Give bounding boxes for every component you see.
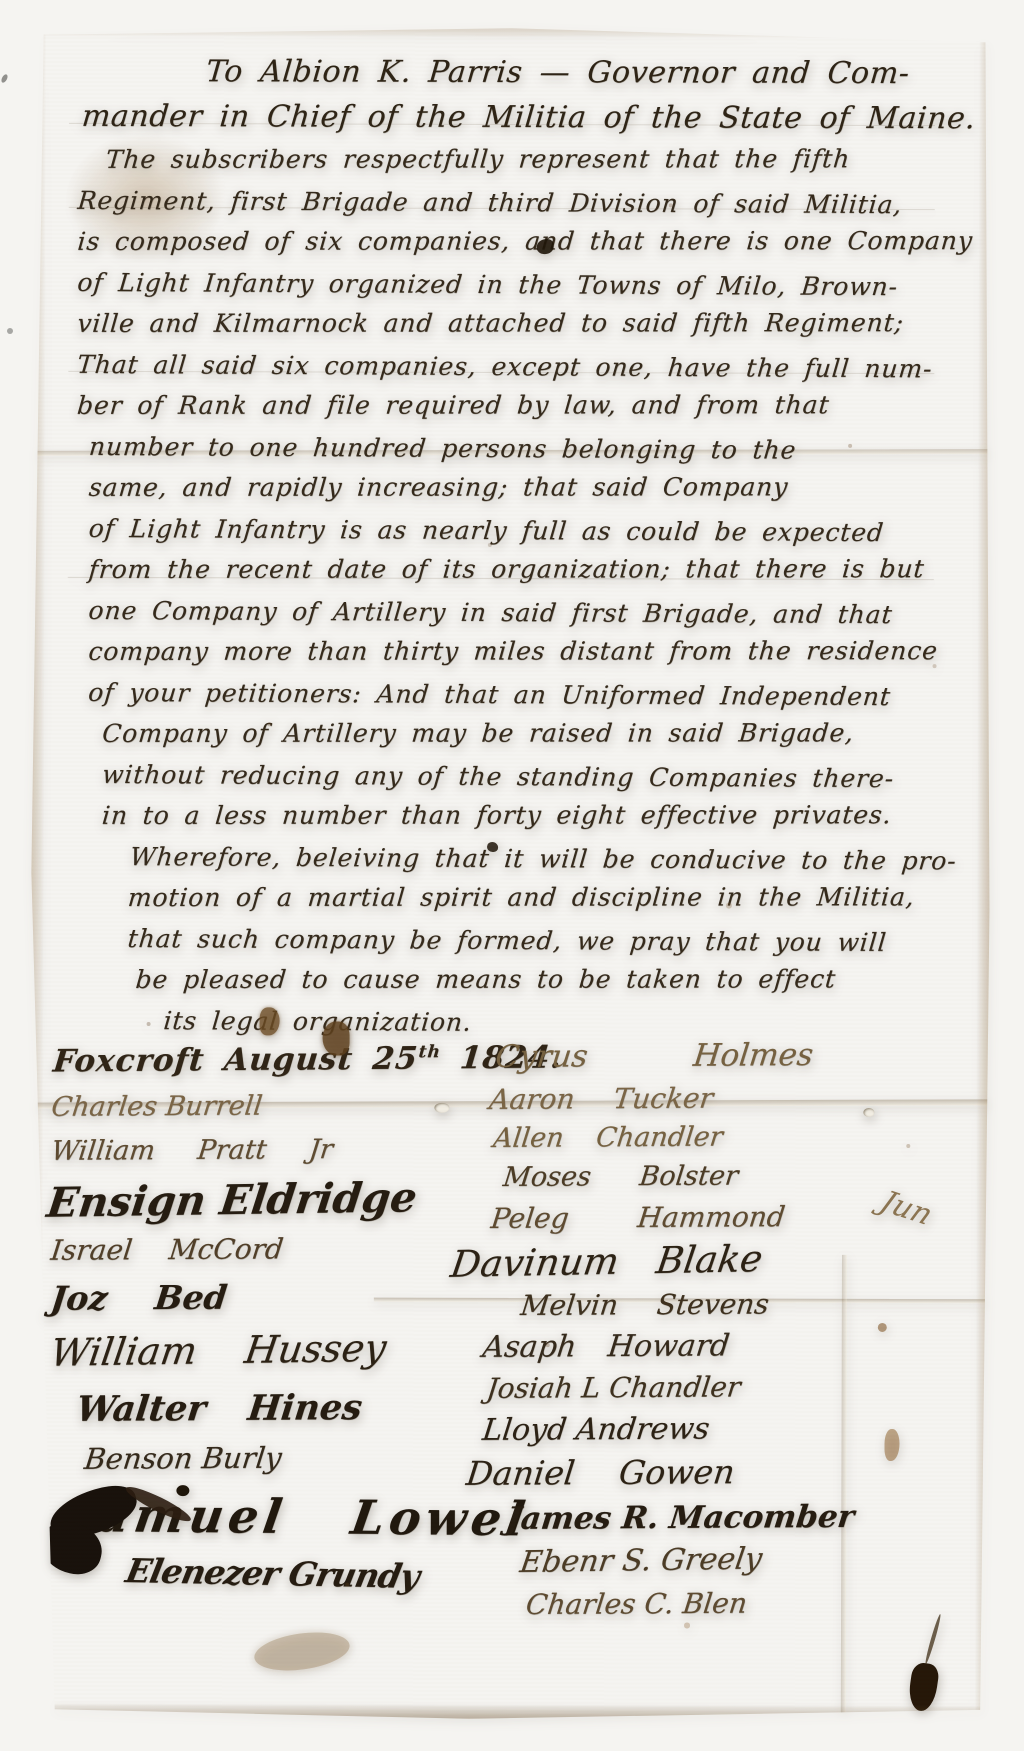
body-line: is composed of six companies, and that t… [76, 220, 989, 262]
signature: Cyrus Holmes [493, 1037, 993, 1075]
body-line: ville and Kilmarnock and attached to sai… [76, 302, 989, 344]
paper-edge-shading [30, 23, 993, 40]
body-line: same, and rapidly increasing; that said … [87, 466, 988, 508]
body-line: in to a less number than forty eight eff… [100, 794, 987, 836]
signature: Ensign Eldridge [44, 1175, 485, 1227]
body-line: of Light Infantry organized in the Towns… [76, 262, 989, 308]
salutation-line: To Albion K. Parris — Governor and Com- [204, 49, 989, 96]
signature: James R. Macomber [504, 1499, 993, 1537]
signature: Daniel Gowen [464, 1453, 993, 1493]
signature: Joz Bed [49, 1278, 484, 1318]
signature: Aaron Tucker [488, 1080, 994, 1115]
signature: Samuel Lowel [56, 1490, 483, 1547]
body-line: Company of Artillery may be raised in sa… [101, 712, 988, 754]
pin-hole [863, 1108, 874, 1117]
signature-column-left: Charles Burrell William Pratt Jr Ensign … [50, 1093, 481, 1605]
signature: Melvin Stevens [519, 1287, 993, 1321]
body-line: from the recent date of its organization… [87, 548, 988, 590]
signature: Ebenr S. Greely [518, 1539, 993, 1580]
body-line: without reducing any of the standing Com… [100, 754, 987, 800]
signature: William Hussey [48, 1325, 485, 1374]
signature: Allen Chandler [492, 1121, 994, 1154]
body-line: of your petitioners: And that an Uniform… [87, 672, 988, 718]
signature-block: Foxcroft August 25th 1824. Charles Burre… [42, 1039, 991, 1721]
salutation-line: mander in Chief of the Militia of the St… [80, 94, 989, 141]
signature: Davinum Blake [448, 1233, 993, 1285]
document-page-wrapper: To Albion K. Parris — Governor and Com- … [28, 24, 991, 1724]
body-line: Regiment, first Brigade and third Divisi… [76, 180, 989, 226]
pin-hole [434, 1103, 449, 1113]
body-line: motion of a martial spirit and disciplin… [126, 876, 987, 918]
signature: William Pratt Jr [50, 1134, 484, 1167]
signature: Lloyd Andrews [481, 1410, 994, 1447]
signature: Josiah L Chandler [485, 1370, 993, 1405]
signature-column-right: Cyrus Holmes Aaron Tucker Allen Chandler… [442, 1040, 993, 1630]
paper-edge-shading [26, 23, 46, 1723]
body-line: of Light Infantry is as nearly full as c… [87, 508, 988, 554]
signature: Benson Burly [83, 1441, 483, 1476]
signature: Walter Hines [74, 1388, 483, 1430]
body-line: That all said six companies, except one,… [75, 344, 988, 390]
body-line: ber of Rank and file required by law, an… [75, 384, 988, 426]
signature: Asaph Howard [481, 1327, 993, 1364]
body-line: company more than thirty miles distant f… [87, 630, 988, 672]
body-line: that such company be formed, we pray tha… [126, 918, 987, 963]
signature: Charles Burrell [50, 1090, 484, 1123]
document-page: To Albion K. Parris — Governor and Com- … [26, 23, 993, 1726]
signature: Charles C. Blen [524, 1586, 993, 1620]
scan-background: To Albion K. Parris — Governor and Com- … [0, 0, 1024, 1751]
signature: Israel McCord [49, 1233, 483, 1267]
body-line: Wherefore, beleiving that it will be con… [100, 836, 987, 882]
petition-text: To Albion K. Parris — Governor and Com- … [72, 49, 988, 1043]
paper-specks [30, 23, 32, 25]
body-line: number to one hundred persons belonging … [87, 426, 988, 472]
body-line: The subscribers respectfully represent t… [76, 138, 989, 180]
body-line: be pleased to cause means to be taken to… [134, 958, 987, 1000]
dateline-place-day: Foxcroft August 25 [51, 1041, 419, 1080]
background-speck [0, 73, 9, 83]
background-speck [7, 328, 13, 334]
dateline-ordinal: th [418, 1042, 442, 1062]
signature: Moses Bolster [501, 1160, 993, 1193]
signature: Elenezer Grundy [123, 1553, 483, 1597]
body-line: one Company of Artillery in said first B… [87, 590, 988, 636]
